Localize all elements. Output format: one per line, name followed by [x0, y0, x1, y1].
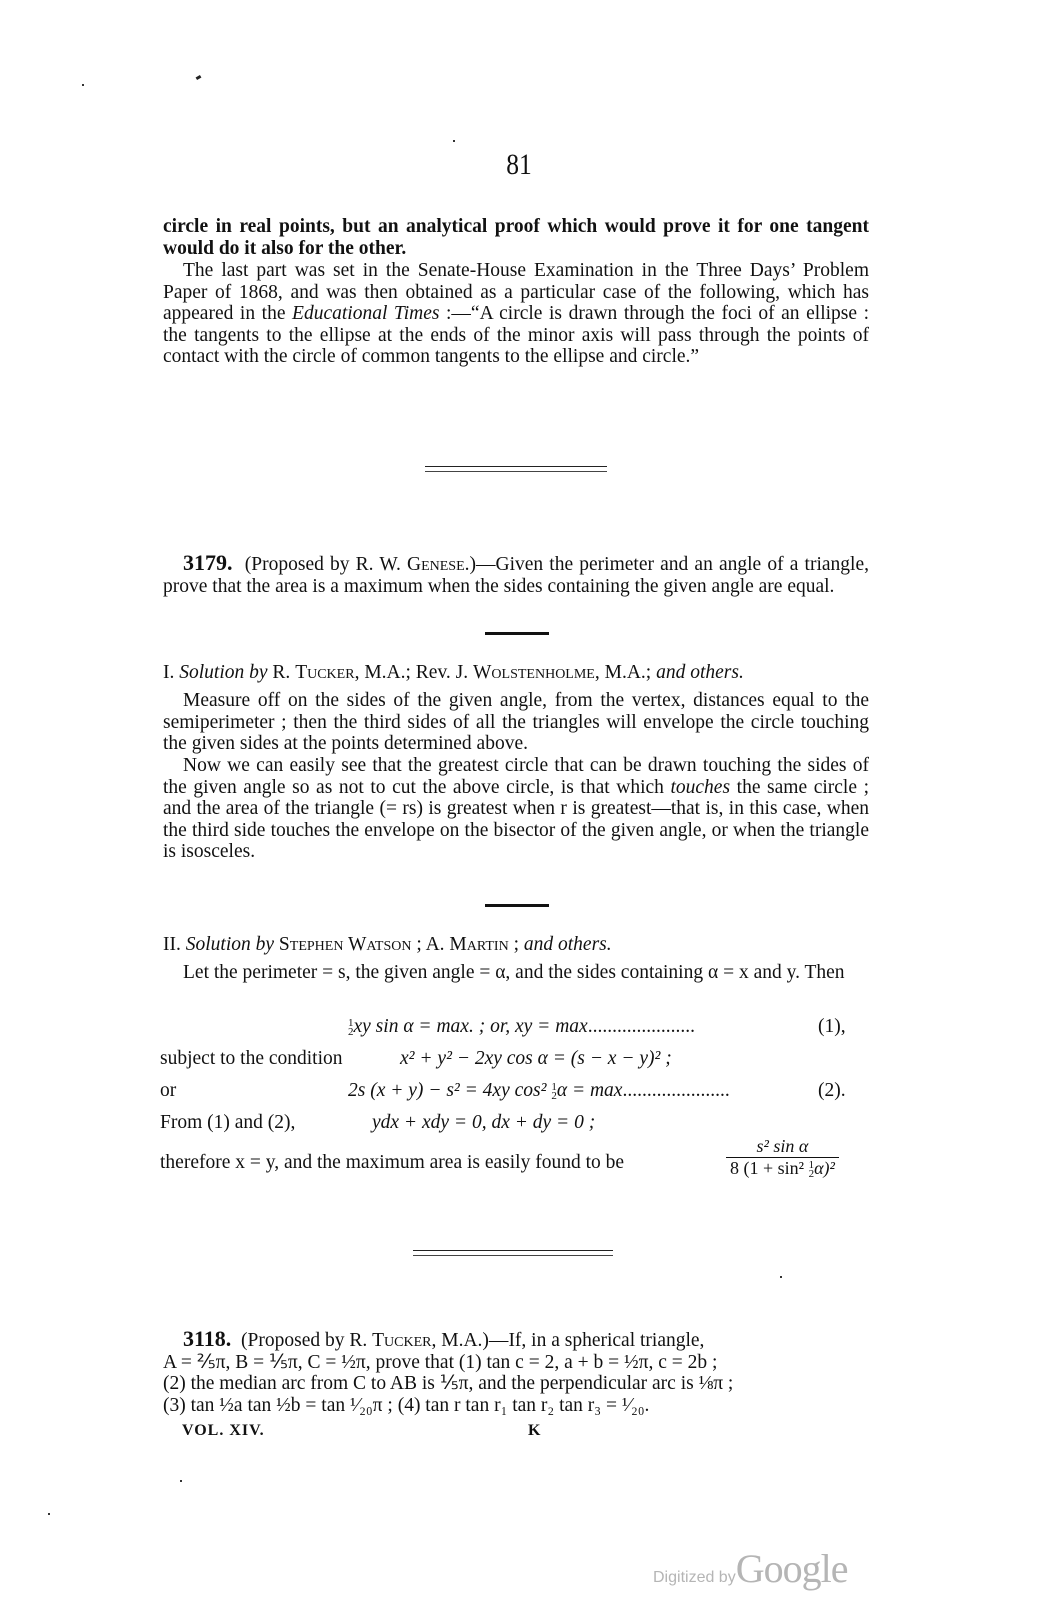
- text: , M.A.; Rev. J.: [355, 662, 473, 683]
- equation-text: xy sin α = max. ; or, xy = max: [354, 1016, 588, 1037]
- short-rule: [485, 904, 549, 907]
- signature-mark: K: [528, 1422, 541, 1440]
- text: , M.A.;: [595, 662, 656, 683]
- numerator: s² sin α: [726, 1136, 839, 1158]
- scan-speck: [82, 84, 84, 86]
- text: .)—: [465, 554, 496, 575]
- text: and others.: [524, 934, 612, 955]
- google-logo: Google: [736, 1546, 848, 1591]
- short-rule: [485, 632, 549, 635]
- equation-1-tag: (1),: [818, 1016, 846, 1038]
- author-name: Martin: [449, 934, 508, 955]
- proposer-name: Tucker: [372, 1330, 431, 1351]
- text: I.: [163, 662, 174, 683]
- section-divider: [425, 466, 607, 472]
- equation-text: 2s (x + y) − s² = 4xy cos²: [348, 1080, 551, 1101]
- text: and others.: [656, 662, 744, 683]
- from-label: From (1) and (2),: [160, 1112, 295, 1134]
- problem-3118-statement: 3118. (Proposed by R. Tucker, M.A.)—If, …: [163, 1328, 869, 1416]
- solution-1-heading: I. Solution by R. Tucker, M.A.; Rev. J. …: [163, 662, 869, 684]
- continuation-paragraph-2: The last part was set in the Senate-Hous…: [163, 260, 869, 368]
- differential-equation: ydx + xdy = 0, dx + dy = 0 ;: [372, 1112, 595, 1134]
- scan-speck: [780, 1276, 782, 1278]
- solution-1-paragraph-1: Measure off on the sides of the given an…: [163, 690, 869, 755]
- text: II.: [163, 934, 181, 955]
- scan-speck: [180, 1480, 182, 1482]
- text: (Proposed by R.: [241, 1330, 372, 1351]
- denominator: 8 (1 + sin²: [730, 1158, 809, 1178]
- equation-2-tag: (2).: [818, 1080, 846, 1102]
- conclusion-text: therefore x = y, and the maximum area is…: [160, 1152, 624, 1174]
- author-name: Tucker: [295, 662, 354, 683]
- text: , M.A.)—: [432, 1330, 509, 1351]
- scan-speck: [453, 140, 455, 142]
- text: ; A.: [411, 934, 449, 955]
- result-fraction: s² sin α 8 (1 + sin² 12α)²: [726, 1136, 839, 1179]
- continuation-paragraph: circle in real points, but an analytical…: [163, 216, 869, 259]
- text: R.: [272, 662, 295, 683]
- scan-speck: [48, 1513, 50, 1515]
- page-number: 81: [78, 148, 960, 182]
- proposer-name: Genese: [407, 554, 465, 575]
- text: ;: [509, 934, 524, 955]
- digitized-by-google-watermark: Digitized byGoogle: [653, 1545, 847, 1592]
- text: Measure off on the sides of the given an…: [163, 690, 869, 754]
- condition-equation: x² + y² − 2xy cos α = (s − x − y)² ;: [400, 1048, 672, 1070]
- text: Let the perimeter = s, the given angle =…: [183, 962, 845, 983]
- problem-text: (2) the median arc from C to AB is ⅕π, a…: [163, 1373, 733, 1394]
- problem-number: 3118.: [183, 1326, 231, 1351]
- author-name: Stephen Watson: [279, 934, 412, 955]
- equation-text: α = max: [557, 1080, 623, 1101]
- section-divider: [413, 1250, 613, 1256]
- solution-2-heading: II. Solution by Stephen Watson ; A. Mart…: [163, 934, 869, 956]
- problem-text: (3) tan ½a tan ½b = tan ¹⁄₂₀π ; (4) tan …: [163, 1395, 649, 1416]
- or-label: or: [160, 1080, 176, 1102]
- author-name: Wolstenholme: [473, 662, 595, 683]
- scan-speck: [196, 75, 202, 80]
- condition-label: subject to the condition: [160, 1048, 343, 1070]
- problem-number: 3179.: [183, 550, 233, 575]
- journal-title: Educational Times: [292, 303, 439, 324]
- volume-label: VOL. XIV.: [182, 1422, 265, 1440]
- text: Solution by: [179, 662, 267, 683]
- text: (Proposed by R. W.: [245, 554, 407, 575]
- text: Solution by: [186, 934, 274, 955]
- solution-1-paragraph-2: Now we can easily see that the greatest …: [163, 755, 869, 863]
- solution-2-intro: Let the perimeter = s, the given angle =…: [163, 962, 869, 984]
- equation-1: 12xy sin α = max. ; or, xy = max........…: [348, 1016, 695, 1038]
- emphasis: touches: [670, 777, 730, 798]
- equation-2: 2s (x + y) − s² = 4xy cos² 12α = max....…: [348, 1080, 730, 1102]
- watermark-prefix: Digitized by: [653, 1569, 736, 1586]
- continuation-line: circle in real points, but an analytical…: [163, 216, 869, 259]
- denominator: α)²: [814, 1158, 835, 1178]
- problem-3179-statement: 3179. (Proposed by R. W. Genese.)—Given …: [163, 552, 869, 597]
- area-fraction: s² sin α 8 (1 + sin² 12α)²: [726, 1136, 839, 1179]
- problem-text: A = ⅖π, B = ⅕π, C = ½π, prove that (1) t…: [163, 1352, 717, 1373]
- problem-text: If, in a spherical triangle,: [508, 1330, 704, 1351]
